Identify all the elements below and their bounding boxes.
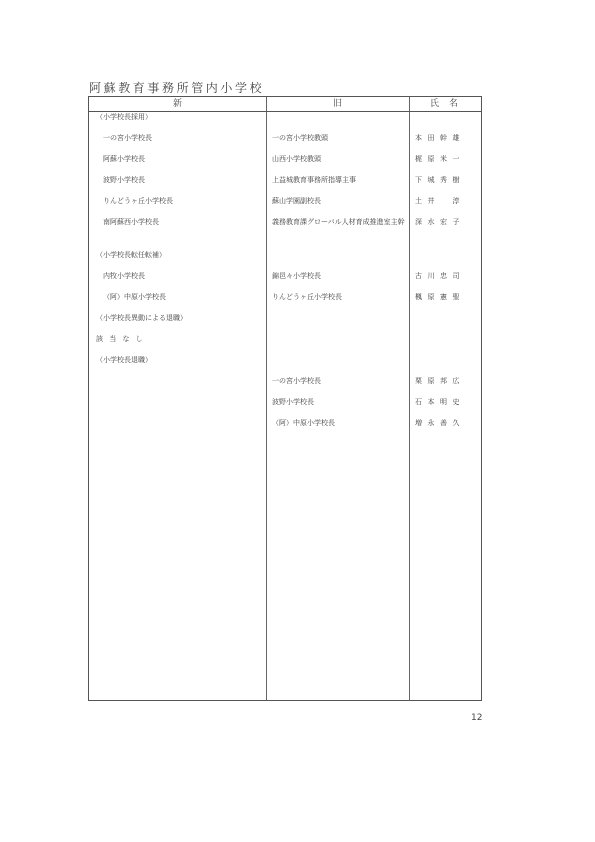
person-name: 深水宏子 bbox=[415, 217, 465, 227]
old-position: りんどうヶ丘小学校長 bbox=[272, 292, 342, 302]
personnel-table: 新 旧 氏名 （小学校長採用） 一の宮小学校長 一の宮小学校教頭 本田幹雄 阿蘇… bbox=[88, 96, 482, 701]
new-position: 波野小学校長 bbox=[103, 175, 145, 185]
section-label: （小学校長転任転補） bbox=[96, 250, 166, 260]
new-position: 南阿蘇西小学校長 bbox=[103, 217, 159, 227]
header-new: 新 bbox=[89, 97, 266, 111]
person-name: 梶原米一 bbox=[415, 154, 465, 164]
person-name: 下城秀樹 bbox=[415, 175, 465, 185]
person-name: 古川忠司 bbox=[415, 271, 465, 281]
page-number: 12 bbox=[471, 713, 482, 723]
section-label: （小学校長異動による退職） bbox=[96, 313, 187, 323]
person-name: 楓原憲聖 bbox=[415, 292, 465, 302]
old-position: 義務教育課グローバル人材育成推進室主幹 bbox=[272, 217, 406, 227]
header-name: 氏名 bbox=[409, 97, 483, 111]
column-divider bbox=[409, 97, 410, 700]
new-position: 阿蘇小学校長 bbox=[103, 154, 145, 164]
old-position: 上益城教育事務所指導主事 bbox=[272, 175, 356, 185]
header-old: 旧 bbox=[266, 97, 409, 111]
old-position: 蘇山学園副校長 bbox=[272, 196, 321, 206]
none-applicable-text: 該 当 な し bbox=[96, 334, 145, 344]
section-label: （小学校長退職） bbox=[96, 355, 152, 365]
section-label: （小学校長採用） bbox=[96, 112, 152, 122]
person-name: 栗原邦広 bbox=[415, 376, 465, 386]
person-name: 石本明史 bbox=[415, 397, 465, 407]
table-header: 新 旧 氏名 bbox=[89, 97, 481, 112]
old-position: 波野小学校長 bbox=[272, 397, 314, 407]
old-position: 一の宮小学校長 bbox=[272, 376, 321, 386]
old-position: 錦邑々小学校長 bbox=[272, 271, 321, 281]
old-position: （阿）中原小学校長 bbox=[272, 418, 335, 428]
page-title: 阿蘇教育事務所管内小学校 bbox=[89, 79, 264, 96]
old-position: 山西小学校教頭 bbox=[272, 154, 321, 164]
new-position: りんどうヶ丘小学校長 bbox=[103, 196, 173, 206]
new-position: （阿）中原小学校長 bbox=[103, 292, 166, 302]
person-name: 土井 淳 bbox=[415, 196, 465, 206]
person-name: 本田幹雄 bbox=[415, 133, 465, 143]
person-name: 増永善久 bbox=[415, 418, 465, 428]
new-position: 一の宮小学校長 bbox=[103, 133, 152, 143]
old-position: 一の宮小学校教頭 bbox=[272, 133, 328, 143]
new-position: 内牧小学校長 bbox=[103, 271, 145, 281]
column-divider bbox=[266, 97, 267, 700]
